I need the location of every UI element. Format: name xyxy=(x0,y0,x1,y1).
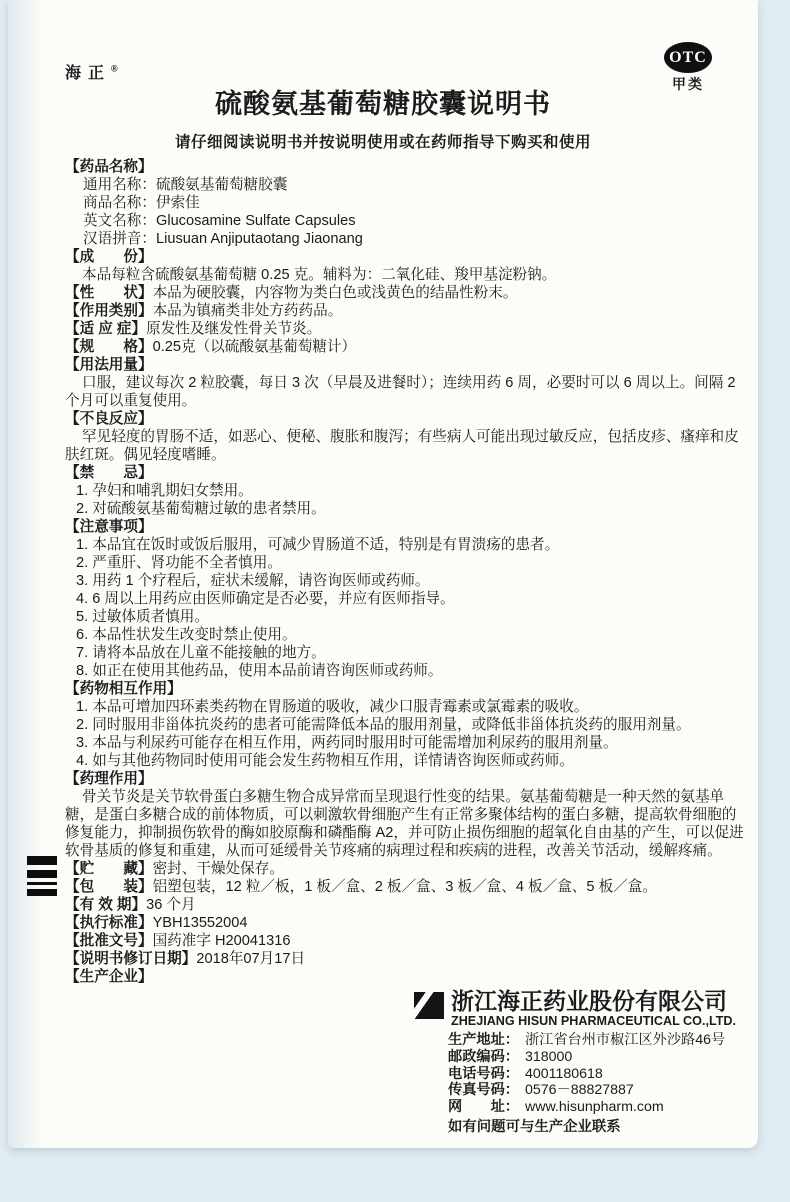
brand-name: 海正 xyxy=(65,65,111,82)
list-item: 2. 严重肝、肾功能不全者慎用。 xyxy=(65,554,746,572)
otc-badge: OTC 甲类 xyxy=(660,42,716,94)
manufacturer-row: 生产地址：浙江省台州市椒江区外沙路46号 xyxy=(448,1032,746,1049)
list-item: 2. 对硫酸氨基葡萄糖过敏的患者禁用。 xyxy=(65,500,746,518)
manufacturer-block: 浙江海正药业股份有限公司 ZHEJIANG HISUN PHARMACEUTIC… xyxy=(414,989,746,1136)
list-item: 3. 本品与利尿药可能存在相互作用，两药同时服用时可能需增加利尿药的服用剂量。 xyxy=(65,734,746,752)
drug-name-line: 英文名称：Glucosamine Sulfate Capsules xyxy=(65,212,746,230)
section-text: 本品为镇痛类非处方药药品。 xyxy=(153,303,343,319)
registration-marks xyxy=(27,856,57,896)
section-text: 0.25克（以硫酸氨基葡萄糖计） xyxy=(153,339,357,355)
leaflet-body: 【药品名称】 通用名称：硫酸氨基葡萄糖胶囊 商品名称：伊索佳 英文名称：Gluc… xyxy=(8,158,758,1136)
brand-logo: 海正® xyxy=(65,60,118,83)
leaflet-title: 硫酸氨基葡萄糖胶囊说明书 xyxy=(8,0,758,120)
manufacturer-name-en: ZHEJIANG HISUN PHARMACEUTICAL CO.,LTD. xyxy=(451,1014,736,1028)
section-drug-name: 【药品名称】 通用名称：硫酸氨基葡萄糖胶囊 商品名称：伊索佳 英文名称：Gluc… xyxy=(65,158,746,248)
manufacturer-row: 传真号码：0576－88827887 xyxy=(448,1082,746,1099)
leaflet-subtitle: 请仔细阅读说明书并按说明使用或在药师指导下购买和使用 xyxy=(8,130,758,152)
manufacturer-names: 浙江海正药业股份有限公司 ZHEJIANG HISUN PHARMACEUTIC… xyxy=(451,989,736,1028)
hisun-logo-icon xyxy=(414,992,444,1019)
section-adverse-reactions: 【不良反应】 罕见轻度的胃肠不适，如恶心、便秘、腹胀和腹泻；有些病人可能出现过敏… xyxy=(65,410,746,464)
section-paragraph: 本品每粒含硫酸氨基葡萄糖 0.25 克。辅料为：二氧化硅、羧甲基淀粉钠。 xyxy=(65,266,746,284)
registration-mark xyxy=(27,856,57,865)
section-heading: 【执行标准】 xyxy=(65,915,153,931)
section-heading: 【注意事项】 xyxy=(65,518,746,536)
registration-mark xyxy=(27,889,57,896)
section-shelf-life: 【有 效 期】36 个月 xyxy=(65,896,746,914)
section-heading: 【包 装】 xyxy=(65,879,153,895)
list-item: 8. 如正在使用其他药品，使用本品前请咨询医师或药师。 xyxy=(65,662,746,680)
section-heading: 【药理作用】 xyxy=(65,770,746,788)
list-item: 4. 6 周以上用药应由医师确定是否必要，并应有医师指导。 xyxy=(65,590,746,608)
section-ingredients: 【成 份】 本品每粒含硫酸氨基葡萄糖 0.25 克。辅料为：二氧化硅、羧甲基淀粉… xyxy=(65,248,746,284)
section-heading: 【不良反应】 xyxy=(65,410,746,428)
otc-icon: OTC xyxy=(664,42,712,73)
registration-mark xyxy=(27,870,57,878)
manufacturer-row-value: 318000 xyxy=(525,1049,572,1066)
manufacturer-row: 网 址：www.hisunpharm.com xyxy=(448,1099,746,1116)
section-drug-interactions: 【药物相互作用】 1. 本品可增加四环素类药物在胃肠道的吸收，减少口服青霉素或氯… xyxy=(65,680,746,770)
section-heading: 【适 应 症】 xyxy=(65,321,146,337)
section-heading: 【贮 藏】 xyxy=(65,861,153,877)
section-heading: 【药物相互作用】 xyxy=(65,680,746,698)
section-text: 36 个月 xyxy=(146,897,195,913)
registered-trademark-icon: ® xyxy=(111,64,118,74)
manufacturer-row: 邮政编码：318000 xyxy=(448,1049,746,1066)
manufacturer-name: 浙江海正药业股份有限公司 xyxy=(451,989,736,1014)
list-item: 4. 如与其他药物同时使用可能会发生药物相互作用，详情请咨询医师或药师。 xyxy=(65,752,746,770)
section-contraindications: 【禁 忌】 1. 孕妇和哺乳期妇女禁用。 2. 对硫酸氨基葡萄糖过敏的患者禁用。 xyxy=(65,464,746,518)
manufacturer-row-label: 电话号码： xyxy=(448,1066,519,1083)
drug-name-line: 通用名称：硫酸氨基葡萄糖胶囊 xyxy=(65,176,746,194)
section-text: YBH13552004 xyxy=(153,915,248,931)
list-item: 5. 过敏体质者慎用。 xyxy=(65,608,746,626)
list-item: 1. 本品宜在饭时或饭后服用，可减少胃肠道不适，特别是有胃溃疡的患者。 xyxy=(65,536,746,554)
manufacturer-row-value: www.hisunpharm.com xyxy=(525,1099,664,1116)
manufacturer-row-label: 传真号码： xyxy=(448,1082,519,1099)
list-item: 1. 本品可增加四环素类药物在胃肠道的吸收，减少口服青霉素或氯霉素的吸收。 xyxy=(65,698,746,716)
section-text: 本品为硬胶囊，内容物为类白色或浅黄色的结晶性粉末。 xyxy=(153,285,518,301)
section-heading: 【作用类别】 xyxy=(65,303,153,319)
list-item: 2. 同时服用非甾体抗炎药的患者可能需降低本品的服用剂量，或降低非甾体抗炎药的服… xyxy=(65,716,746,734)
manufacturer-row-label: 生产地址： xyxy=(448,1032,519,1049)
section-heading: 【生产企业】 xyxy=(65,968,746,986)
section-text: 密封、干燥处保存。 xyxy=(153,861,284,877)
manufacturer-header: 浙江海正药业股份有限公司 ZHEJIANG HISUN PHARMACEUTIC… xyxy=(414,989,746,1028)
section-text: 铝塑包装，12 粒／板，1 板／盒、2 板／盒、3 板／盒、4 板／盒、5 板／… xyxy=(153,879,657,895)
section-precautions: 【注意事项】 1. 本品宜在饭时或饭后服用，可减少胃肠道不适，特别是有胃溃疡的患… xyxy=(65,518,746,680)
leaflet-paper: 海正® OTC 甲类 硫酸氨基葡萄糖胶囊说明书 请仔细阅读说明书并按说明使用或在… xyxy=(8,0,758,1148)
manufacturer-note: 如有问题可与生产企业联系 xyxy=(414,1119,746,1136)
section-text: 2018年07月17日 xyxy=(196,951,305,967)
section-revision-date: 【说明书修订日期】2018年07月17日 xyxy=(65,950,746,968)
section-paragraph: 罕见轻度的胃肠不适，如恶心、便秘、腹胀和腹泻；有些病人可能出现过敏反应，包括皮疹… xyxy=(65,428,746,464)
manufacturer-rows: 生产地址：浙江省台州市椒江区外沙路46号 邮政编码：318000 电话号码：40… xyxy=(414,1032,746,1116)
manufacturer-row-label: 邮政编码： xyxy=(448,1049,519,1066)
section-heading: 【有 效 期】 xyxy=(65,897,146,913)
section-paragraph: 口服，建议每次 2 粒胶囊，每日 3 次（早晨及进餐时）；连续用药 6 周，必要… xyxy=(65,374,746,410)
section-heading: 【成 份】 xyxy=(65,248,746,266)
section-heading: 【药品名称】 xyxy=(65,158,746,176)
list-item: 6. 本品性状发生改变时禁止使用。 xyxy=(65,626,746,644)
manufacturer-row-label: 网 址： xyxy=(448,1099,519,1116)
section-indications: 【适 应 症】原发性及继发性骨关节炎。 xyxy=(65,320,746,338)
list-item: 1. 孕妇和哺乳期妇女禁用。 xyxy=(65,482,746,500)
section-category: 【作用类别】本品为镇痛类非处方药药品。 xyxy=(65,302,746,320)
section-text: 国药准字 H20041316 xyxy=(153,933,291,949)
registration-mark xyxy=(27,882,57,885)
section-paragraph: 骨关节炎是关节软骨蛋白多糖生物合成异常而呈现退行性变的结果。氨基葡萄糖是一种天然… xyxy=(65,788,746,860)
section-strength: 【规 格】0.25克（以硫酸氨基葡萄糖计） xyxy=(65,338,746,356)
section-text: 原发性及继发性骨关节炎。 xyxy=(146,321,321,337)
drug-name-line: 商品名称：伊索佳 xyxy=(65,194,746,212)
otc-class-label: 甲类 xyxy=(660,74,716,94)
section-heading: 【性 状】 xyxy=(65,285,153,301)
drug-name-line: 汉语拼音：Liusuan Anjiputaotang Jiaonang xyxy=(65,230,746,248)
list-item: 7. 请将本品放在儿童不能接触的地方。 xyxy=(65,644,746,662)
section-description: 【性 状】本品为硬胶囊，内容物为类白色或浅黄色的结晶性粉末。 xyxy=(65,284,746,302)
manufacturer-row-value: 浙江省台州市椒江区外沙路46号 xyxy=(525,1032,725,1049)
section-packaging: 【包 装】铝塑包装，12 粒／板，1 板／盒、2 板／盒、3 板／盒、4 板／盒… xyxy=(65,878,746,896)
section-dosage: 【用法用量】 口服，建议每次 2 粒胶囊，每日 3 次（早晨及进餐时）；连续用药… xyxy=(65,356,746,410)
section-pharmacology: 【药理作用】 骨关节炎是关节软骨蛋白多糖生物合成异常而呈现退行性变的结果。氨基葡… xyxy=(65,770,746,860)
section-heading: 【说明书修订日期】 xyxy=(65,951,196,967)
section-heading: 【用法用量】 xyxy=(65,356,746,374)
section-manufacturer: 【生产企业】 xyxy=(65,968,746,986)
section-standard: 【执行标准】YBH13552004 xyxy=(65,914,746,932)
section-storage: 【贮 藏】密封、干燥处保存。 xyxy=(65,860,746,878)
section-approval-number: 【批准文号】国药准字 H20041316 xyxy=(65,932,746,950)
list-item: 3. 用药 1 个疗程后，症状未缓解，请咨询医师或药师。 xyxy=(65,572,746,590)
manufacturer-row-value: 0576－88827887 xyxy=(525,1082,634,1099)
section-heading: 【禁 忌】 xyxy=(65,464,746,482)
manufacturer-row: 电话号码：4001180618 xyxy=(448,1066,746,1083)
manufacturer-row-value: 4001180618 xyxy=(525,1066,603,1083)
section-heading: 【批准文号】 xyxy=(65,933,153,949)
section-heading: 【规 格】 xyxy=(65,339,153,355)
